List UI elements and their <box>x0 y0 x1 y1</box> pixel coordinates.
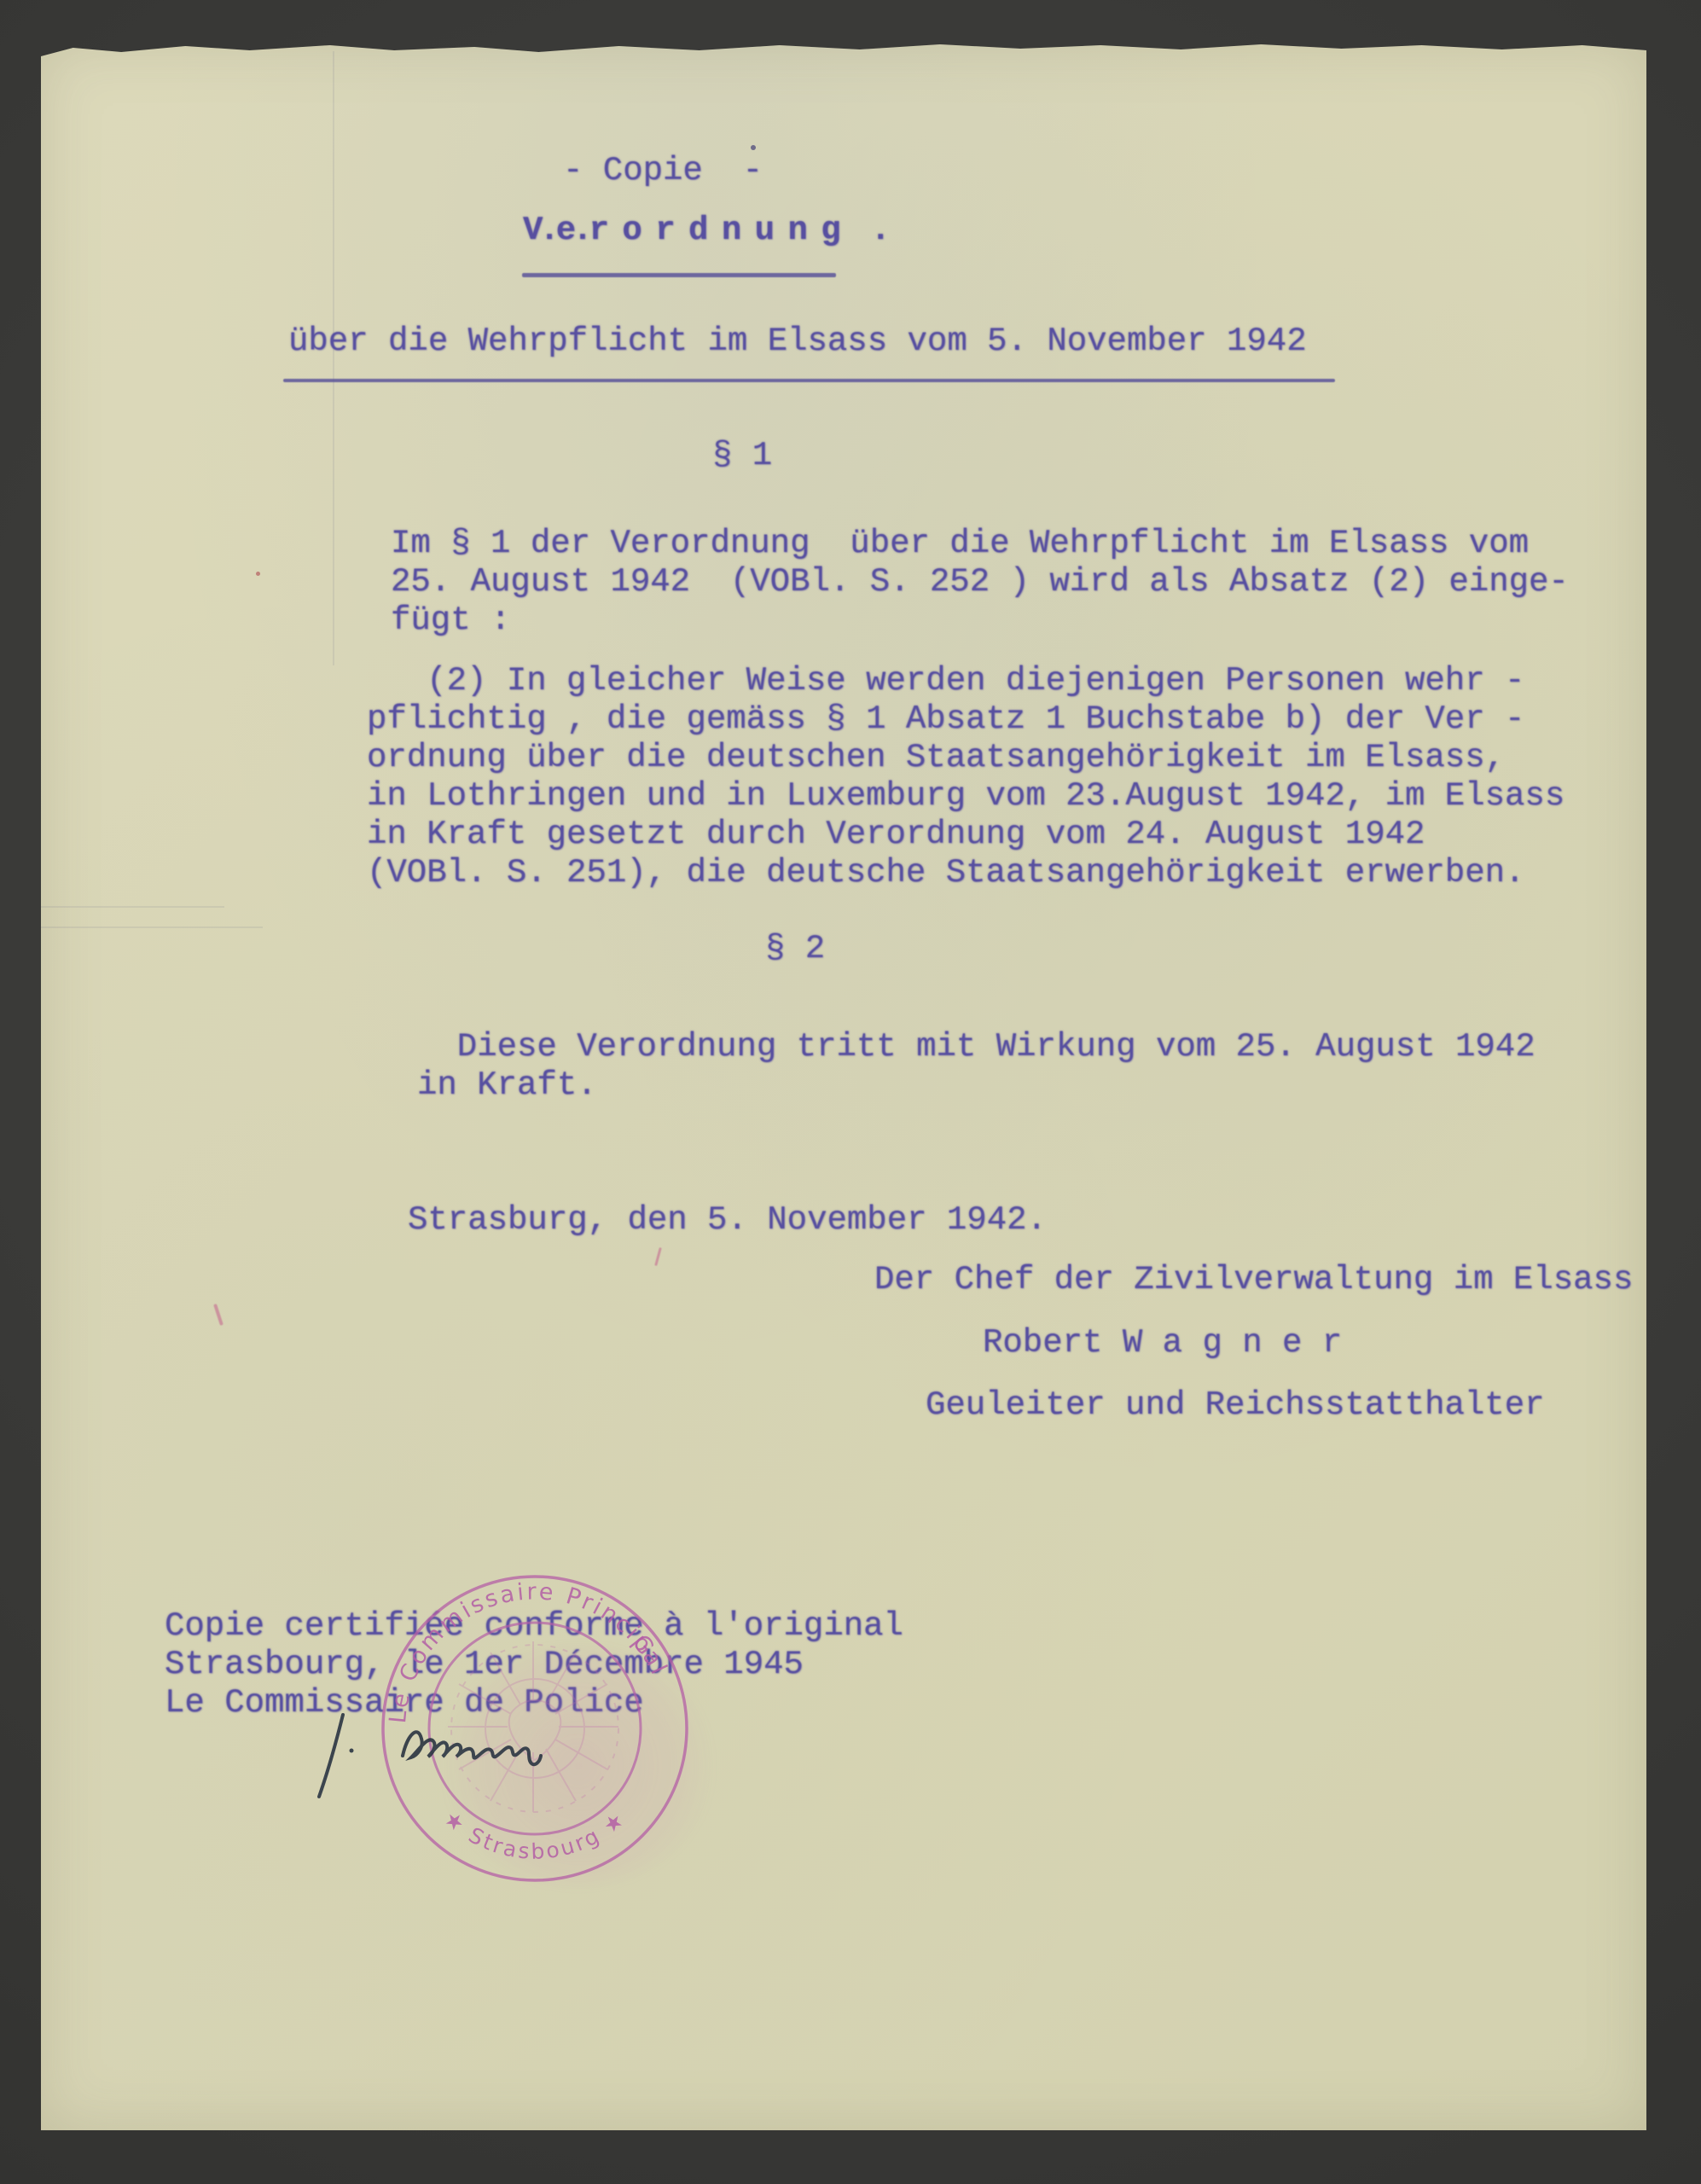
signature-scribble <box>403 1732 541 1764</box>
dateline: Strasburg, den 5. November 1942. <box>408 1201 1047 1240</box>
section2-heading: § 2 <box>765 930 825 968</box>
ink-mark <box>654 1247 662 1266</box>
paragraph-1: Im § 1 der Verordnung über die Wehrpflic… <box>391 525 1569 640</box>
subtitle-underline <box>283 379 1335 382</box>
ink-speck <box>256 572 260 576</box>
signatory-title: Der Chef der Zivilverwaltung im Elsass <box>874 1261 1633 1299</box>
signatory-role: Geuleiter und Reichsstatthalter <box>926 1386 1545 1425</box>
signature-stroke <box>319 1715 343 1797</box>
document-page: - Copie - V.e.r o r d n u n g . über die… <box>41 43 1646 2130</box>
title-underline <box>522 273 836 277</box>
paper-crease-horizontal <box>41 906 224 908</box>
doc-subtitle: über die Wehrpflicht im Elsass vom 5. No… <box>288 322 1307 361</box>
signatory-name: Robert W a g n e r <box>983 1324 1342 1362</box>
ink-speck <box>751 145 756 150</box>
paper-crease-horizontal-2 <box>41 926 263 928</box>
paragraph-2: (2) In gleicher Weise werden diejenigen … <box>367 662 1565 892</box>
copy-label: - Copie - <box>563 152 763 190</box>
signature-dot <box>350 1749 354 1753</box>
handwritten-signature <box>307 1706 580 1817</box>
ink-mark <box>213 1304 224 1326</box>
paragraph-3: Diese Verordnung tritt mit Wirkung vom 2… <box>417 1028 1536 1105</box>
section1-heading: § 1 <box>712 437 772 475</box>
stamp-text-top: Le Commissaire Principal <box>385 1578 673 1724</box>
doc-title: V.e.r o r d n u n g . <box>523 212 887 250</box>
